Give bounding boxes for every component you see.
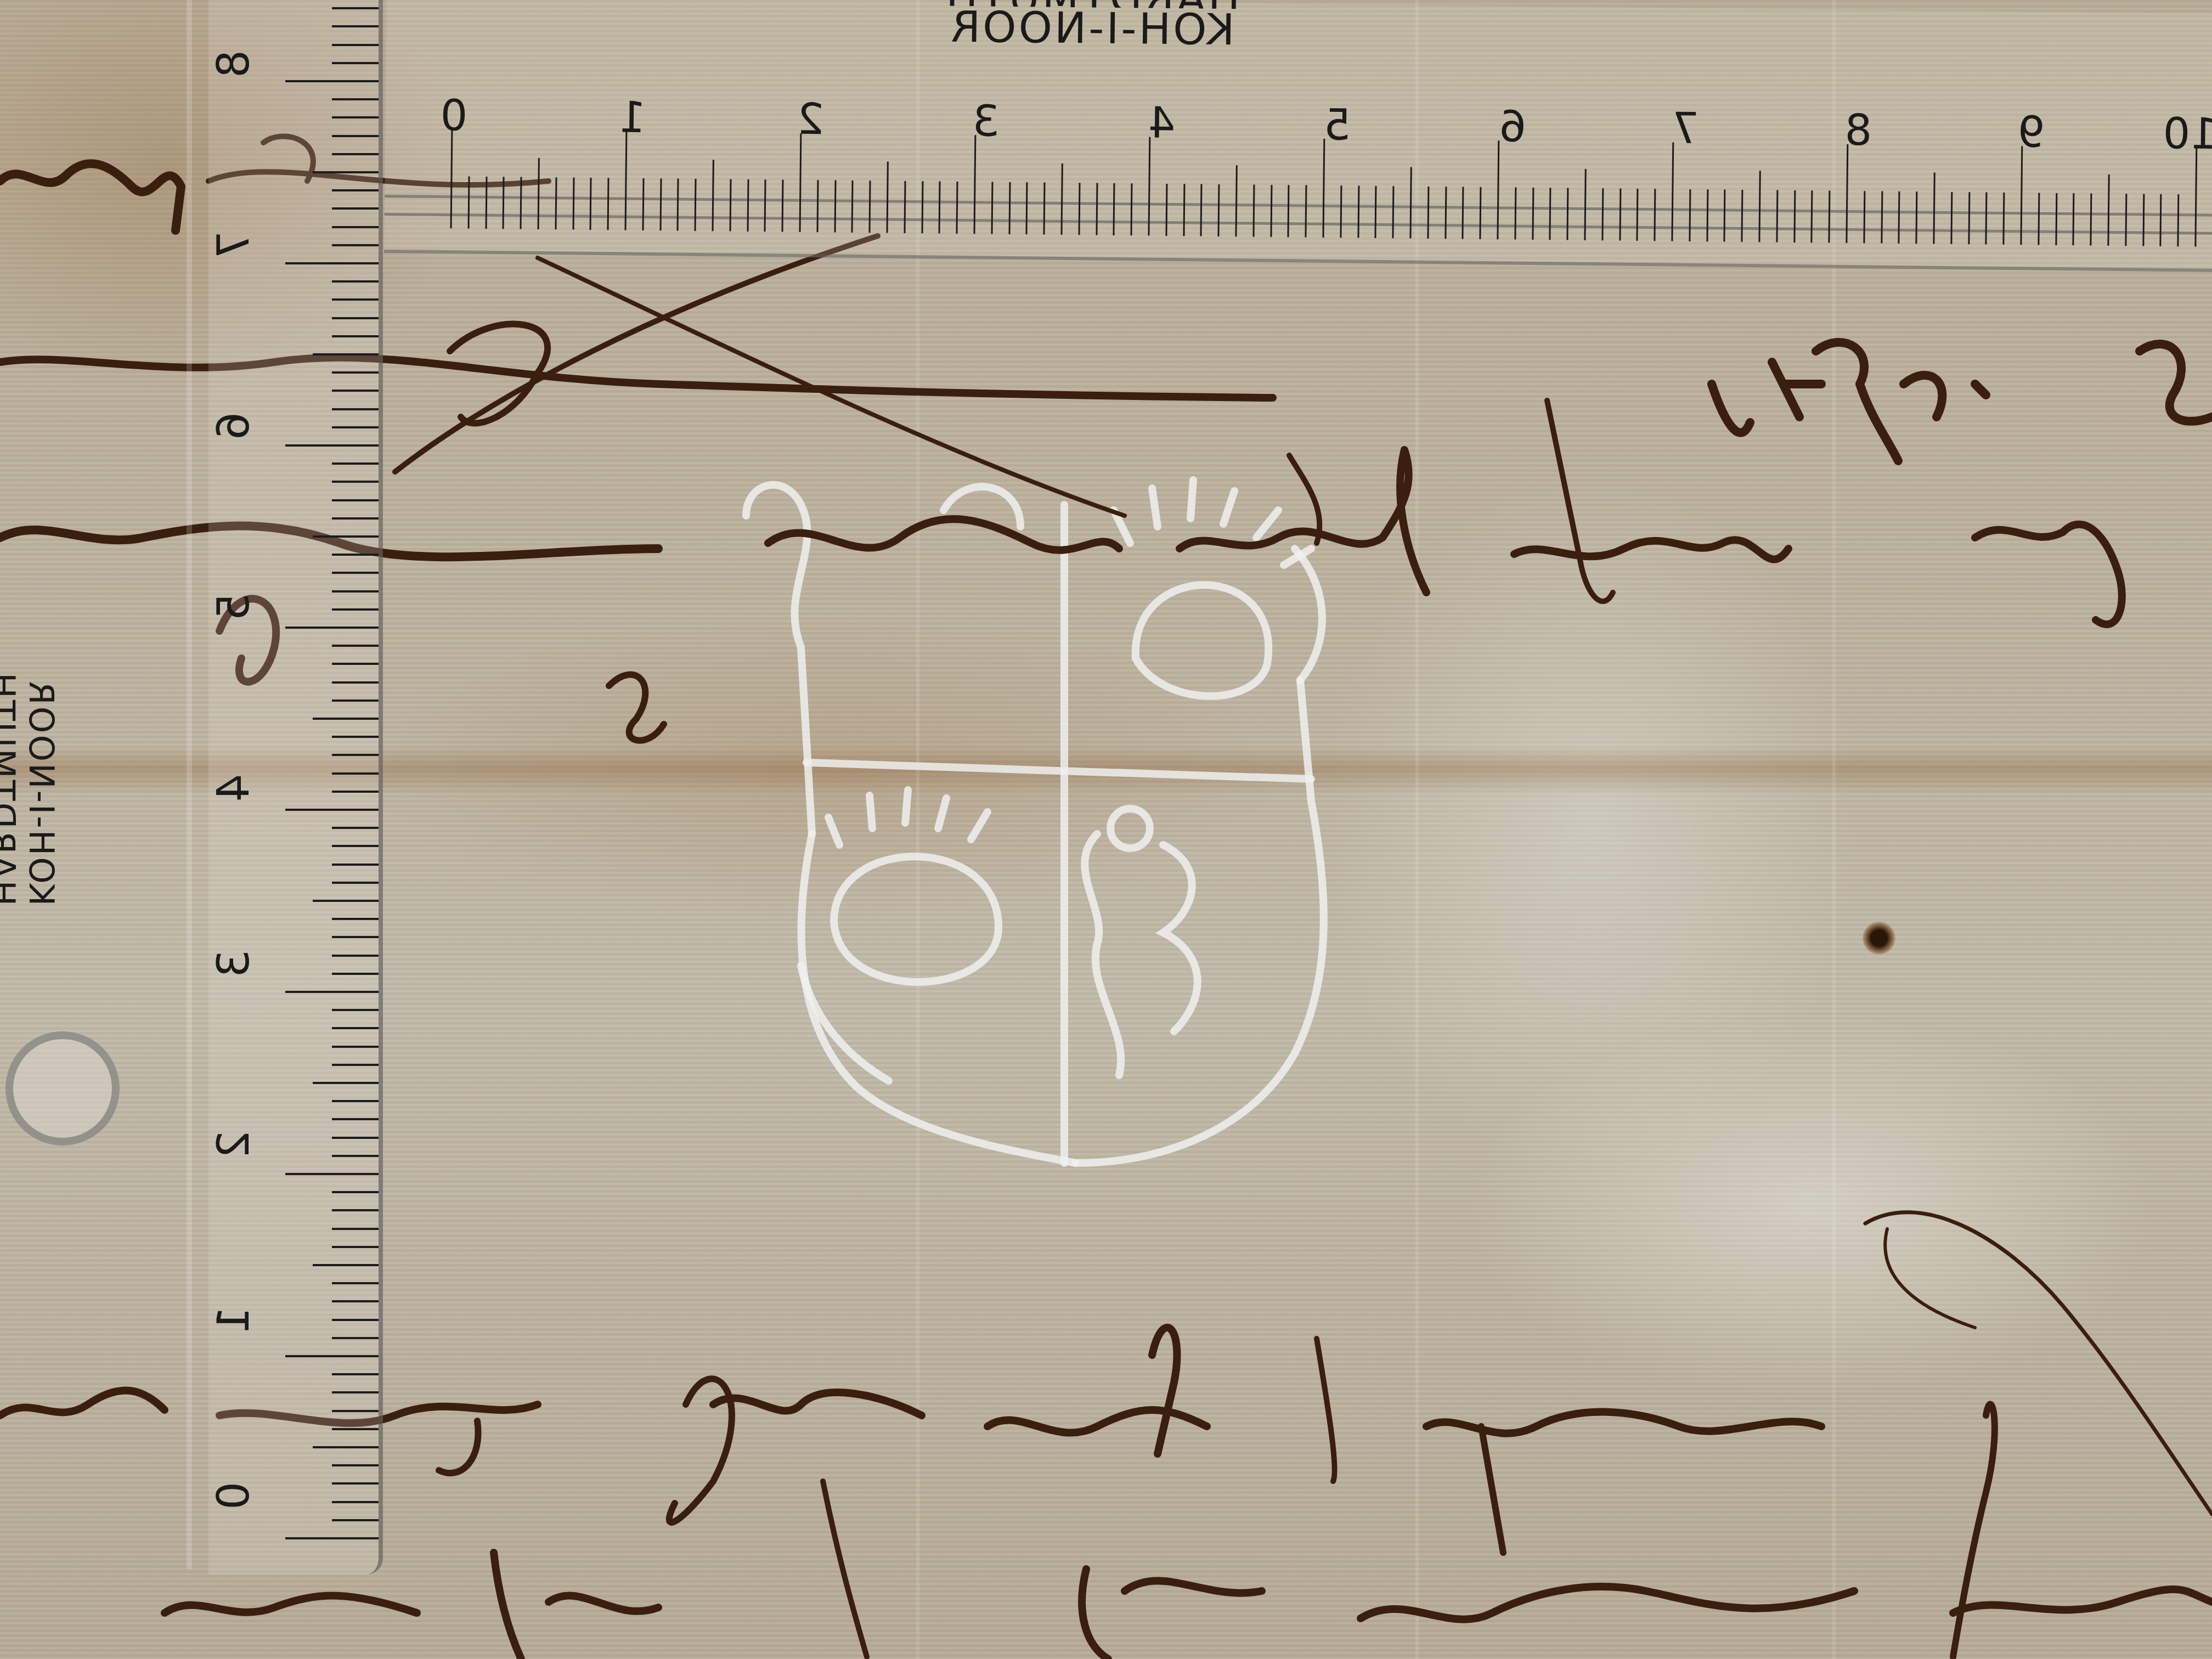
ruler-tick [332,390,379,392]
ruler-brand-label: HARDTMUTH KOH-I-NOOR [943,0,1240,52]
ruler-tick [1252,185,1255,237]
ruler-number: 6 [1499,102,1527,152]
ruler-tick [332,1428,379,1430]
ruler-tick [332,44,379,46]
ruler-tick [313,718,379,720]
ruler-tick [332,499,379,501]
ruler-tick [332,936,379,938]
ruler-tick [332,918,379,920]
ruler-brand-label: KOH-I-NOOR HARDTMUTH [0,577,61,906]
ruler-tick [285,80,379,82]
ruler-tick [2107,174,2109,246]
ruler-tick [1392,186,1395,238]
ruler-tick [332,973,379,975]
ruler-tick [834,180,836,233]
ruler-tick [503,177,505,229]
ruler-tick [2160,194,2162,246]
ruler-tick [332,791,379,793]
ruler-tick [1532,188,1534,240]
ruler-tick [332,1519,379,1521]
ruler-tick [2142,194,2145,246]
ruler-tick [332,1209,379,1211]
ruler-tick [332,280,379,283]
ruler-tick [1200,184,1203,236]
ruler-tick [285,1173,379,1175]
ruler-tick [659,178,662,230]
ruler-tick [332,1191,379,1193]
ruler-tick [332,1100,379,1102]
ruler-tick [285,627,379,629]
ruler-tick [332,572,379,574]
ruler-tick [1985,193,1988,245]
ruler-tick [2073,193,2075,245]
ruler-tick [607,178,610,230]
ruler-number: 0 [208,1482,259,1510]
ruler-tick [677,179,679,231]
ruler-tick [313,353,379,356]
ruler-number: 1 [618,93,646,143]
ruler-tick [332,317,379,319]
ruler-tick [332,298,379,301]
ruler-tick [1444,187,1447,239]
ruler-tick [332,1319,379,1321]
ruler-tick [332,462,379,465]
horizontal-ruler: HARDTMUTH KOH-I-NOOR 0 1 2 3 4 5 6 7 8 9… [384,0,2212,273]
ruler-tick [332,517,379,520]
ruler-tick [1584,169,1586,240]
ruler-tick [1235,165,1237,236]
ruler-number: 3 [972,97,1000,146]
ruler-tick [695,179,697,231]
ruler-tick [1619,189,1621,241]
ruler-tick [1549,188,1551,240]
ruler-number: 5 [1323,100,1351,150]
ruler-hanging-hole [5,1031,120,1145]
ruler-tick [285,991,379,993]
ruler-number: 2 [208,1131,259,1159]
ruler-tick [1829,191,1831,243]
ruler-tick [332,681,379,684]
vertical-ruler: 8 7 6 5 4 3 2 1 0 [208,0,383,1575]
ruler-tick [285,1355,379,1357]
ruler-tick [332,189,379,191]
ruler-number: 3 [208,950,259,978]
ruler-tick [1462,187,1464,239]
ruler-tick [332,1246,379,1248]
ruler-tick [1741,190,1743,242]
ruler-tick [332,1501,379,1503]
ruler-tick [313,900,379,902]
ruler-tick [538,158,540,229]
ruler-number: 6 [208,412,259,440]
ruler-tick [1601,188,1604,240]
ruler-tick [332,207,379,210]
ruler-tick [2090,194,2092,246]
ruler-tick [332,426,379,428]
ruler-tick [956,182,958,234]
ruler-tick [1026,182,1028,234]
ruler-number: 7 [1672,104,1700,154]
ruler-tick [1305,185,1307,238]
ruler-number: 5 [208,593,259,621]
ruler-tick [332,1464,379,1466]
ruler-tick [332,25,379,27]
ruler-tick [332,408,379,410]
ruler-tick [332,736,379,738]
ruler-tick [1060,163,1063,235]
ruler-tick [332,481,379,483]
ruler-tick [1689,189,1691,241]
ruler-tick [816,180,819,232]
ruler-tick [1131,183,1133,235]
ruler-tick [332,135,379,137]
ruler-tick [904,181,906,233]
ruler-tick [1637,189,1639,241]
ruler-tick [1863,191,1865,243]
ruler-tick [886,162,888,233]
ruler-tick [332,1046,379,1048]
ruler-tick [869,180,871,233]
ruler-tick [921,181,923,233]
ruler-number: 10 [2163,109,2212,159]
ruler-tick [332,1373,379,1375]
ruler-tick [332,244,379,246]
ruler-tick [1758,171,1760,242]
ruler-number: 7 [208,231,259,259]
ruler-tick [2055,193,2057,245]
ruler-brand-line1: KOH-I-NOOR [22,577,61,906]
ruler-tick [332,864,379,866]
ruler-tick [1270,185,1272,237]
ruler-tick [332,98,379,100]
ruler-tick [1409,167,1412,239]
ruler-tick [1427,187,1429,239]
ruler-tick [332,772,379,775]
ruler-tick [1881,191,1883,244]
ruler-tick [285,809,379,811]
ruler-tick [1950,192,1953,244]
ruler-tick [1375,186,1377,238]
ruler-number: 8 [1844,106,1872,156]
ruler-tick [313,535,379,538]
ruler-tick [555,177,557,229]
ruler-tick [332,1282,379,1284]
ruler-tick [1811,190,1813,242]
ruler-tick [2038,193,2040,245]
ruler-tick [1968,192,1970,244]
ruler-tick [332,62,379,64]
ruler-tick [332,226,379,228]
ruler-tick [1165,184,1167,236]
ruler-tick [332,1337,379,1339]
ruler-tick [1113,183,1115,235]
ruler-tick [1480,187,1482,239]
ruler-tick [332,1228,379,1230]
ruler-tick [1357,186,1359,238]
ruler-tick [332,7,379,9]
ruler-number: 1 [208,1306,259,1334]
ruler-edge [187,0,192,1569]
ruler-tick [590,178,592,230]
ruler-tick [1776,190,1778,242]
ruler-rail [385,195,2212,235]
ruler-tick [332,645,379,647]
ruler-tick [991,182,993,234]
ruler-tick [1008,182,1011,234]
ruler-tick [2177,194,2180,246]
ruler-tick [520,177,522,229]
ruler-tick [332,663,379,665]
ruler-tick [332,827,379,829]
ruler-tick [285,262,379,264]
ruler-tick [1567,188,1569,240]
ruler-tick [1043,183,1046,235]
ruler-tick [1898,191,1900,244]
ruler-tick [2003,193,2005,245]
ruler-tick [332,554,379,556]
ruler-tick [1654,189,1656,241]
ruler-tick [572,178,574,230]
ruler-tick [332,1300,379,1302]
ruler-tick [332,1410,379,1412]
ruler-tick [332,1009,379,1011]
ruler-tick [332,1064,379,1066]
ruler-tick [642,178,644,230]
ruler-tick [332,882,379,884]
ruler-tick [782,180,784,232]
ruler-tick [313,1446,379,1448]
ruler-tick [2125,194,2127,246]
ruler-tick [712,160,714,231]
ruler-tick [332,153,379,155]
ruler-tick [313,171,379,173]
ruler-tick [939,182,941,234]
ruler-tick [332,845,379,847]
ruler-tick [313,1082,379,1084]
ruler-tick [332,608,379,611]
ruler-tick [332,1137,379,1139]
ruler-tick [332,590,379,592]
ruler-tick [485,177,487,229]
ruler-tick [1340,185,1342,238]
ruler-tick [332,1155,379,1157]
ruler-number: 0 [440,91,468,141]
ruler-number: 4 [1148,99,1176,149]
ruler-tick [1218,184,1220,236]
ruler-tick [851,180,854,233]
ruler-tick [332,754,379,756]
ruler-tick [332,1118,379,1120]
ruler-tick [467,177,470,229]
ruler-tick [332,1391,379,1393]
ruler-tick [332,955,379,957]
ruler-tick [1288,185,1290,237]
ruler-tick [764,179,766,232]
ruler-tick [1916,191,1918,244]
ruler-tick [1724,190,1726,242]
ruler-tick [747,179,749,232]
ruler-tick [1706,189,1708,241]
ruler-brand-line2: HARDTMUTH [0,577,22,906]
ruler-tick [313,1264,379,1266]
ruler-brand-line2: KOH-I-NOOR [943,6,1240,52]
ruler-tick [285,1537,379,1539]
ruler-tick [332,1027,379,1029]
ruler-tick [1933,173,1935,244]
ruler-tick [1793,190,1796,242]
ruler-tick [1183,184,1185,236]
ruler-tick [1078,183,1080,235]
ruler-number: 8 [208,50,259,78]
ruler-tick [1514,188,1516,240]
ruler-tick [332,116,379,119]
ruler-tick [332,371,379,374]
ruler-number: 4 [208,774,259,802]
vertical-ruler-brand-holder: KOH-I-NOOR HARDTMUTH [33,0,33,1575]
ruler-tick [729,179,731,232]
ruler-tick [1096,183,1098,235]
ruler-tick [332,335,379,337]
ruler-tick [332,1482,379,1485]
ruler-tick [332,699,379,702]
ruler-tick [285,444,379,447]
